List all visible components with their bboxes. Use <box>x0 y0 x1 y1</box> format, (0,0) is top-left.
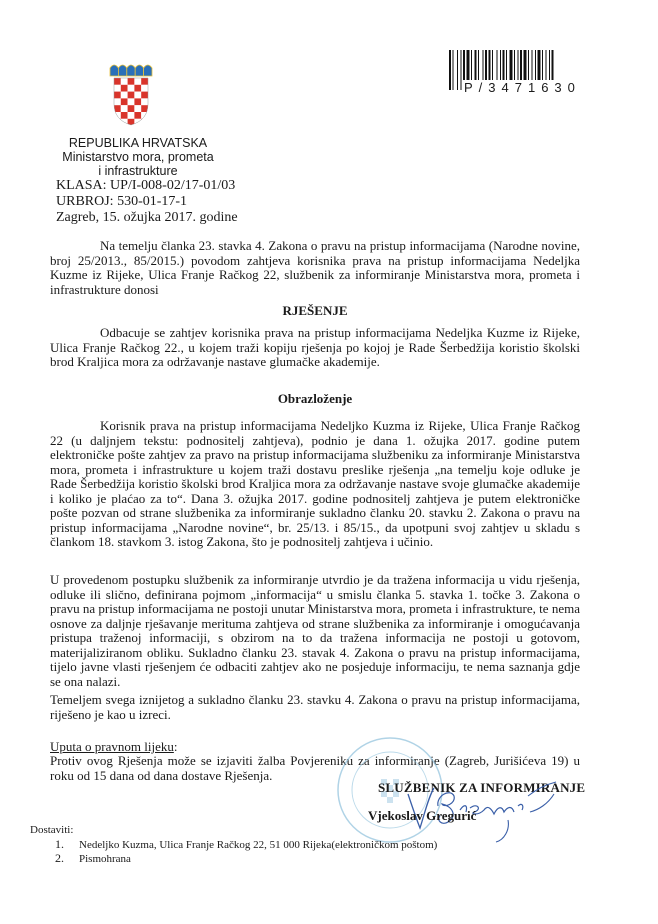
reasoning-paragraph-1: Korisnik prava na pristup informacijama … <box>50 419 580 550</box>
delivery-item: 2.Pismohrana <box>55 851 131 866</box>
place-date: Zagreb, 15. ožujka 2017. godine <box>56 210 238 225</box>
coat-of-arms-icon <box>108 62 154 126</box>
reasoning-heading: Obrazloženje <box>50 391 580 407</box>
legal-remedy-title-text: Uputa o pravnom lijeku <box>50 739 174 754</box>
decision-paragraph: Odbacuje se zahtjev korisnika prava na p… <box>50 326 580 370</box>
republic-name: REPUBLIKA HRVATSKA <box>58 136 218 150</box>
urbroj-number: URBROJ: 530-01-17-1 <box>56 194 187 209</box>
ministry-name: Ministarstvo mora, prometa <box>58 150 218 164</box>
signer-name: Vjekoslav Gregurić <box>368 808 476 824</box>
reasoning-paragraph-2: U provedenom postupku službenik za infor… <box>50 573 580 689</box>
delivery-label: Dostaviti: <box>30 824 73 836</box>
delivery-item-text: Nedeljko Kuzma, Ulica Franje Račkog 22, … <box>79 839 437 851</box>
conclusion-paragraph: Temeljem svega iznijetog a sukladno član… <box>50 693 580 722</box>
delivery-item: 1.Nedeljko Kuzma, Ulica Franje Račkog 22… <box>55 837 437 852</box>
intro-paragraph: Na temelju članka 23. stavka 4. Zakona o… <box>50 239 580 297</box>
barcode-number: P/3471630 <box>462 80 624 95</box>
klasa-number: KLASA: UP/I-008-02/17-01/03 <box>56 178 235 193</box>
delivery-item-number: 1. <box>55 837 79 852</box>
delivery-item-text: Pismohrana <box>79 853 131 865</box>
ministry-name-line2: i infrastrukture <box>58 164 218 178</box>
decision-heading: RJEŠENJE <box>50 303 580 319</box>
delivery-item-number: 2. <box>55 851 79 866</box>
